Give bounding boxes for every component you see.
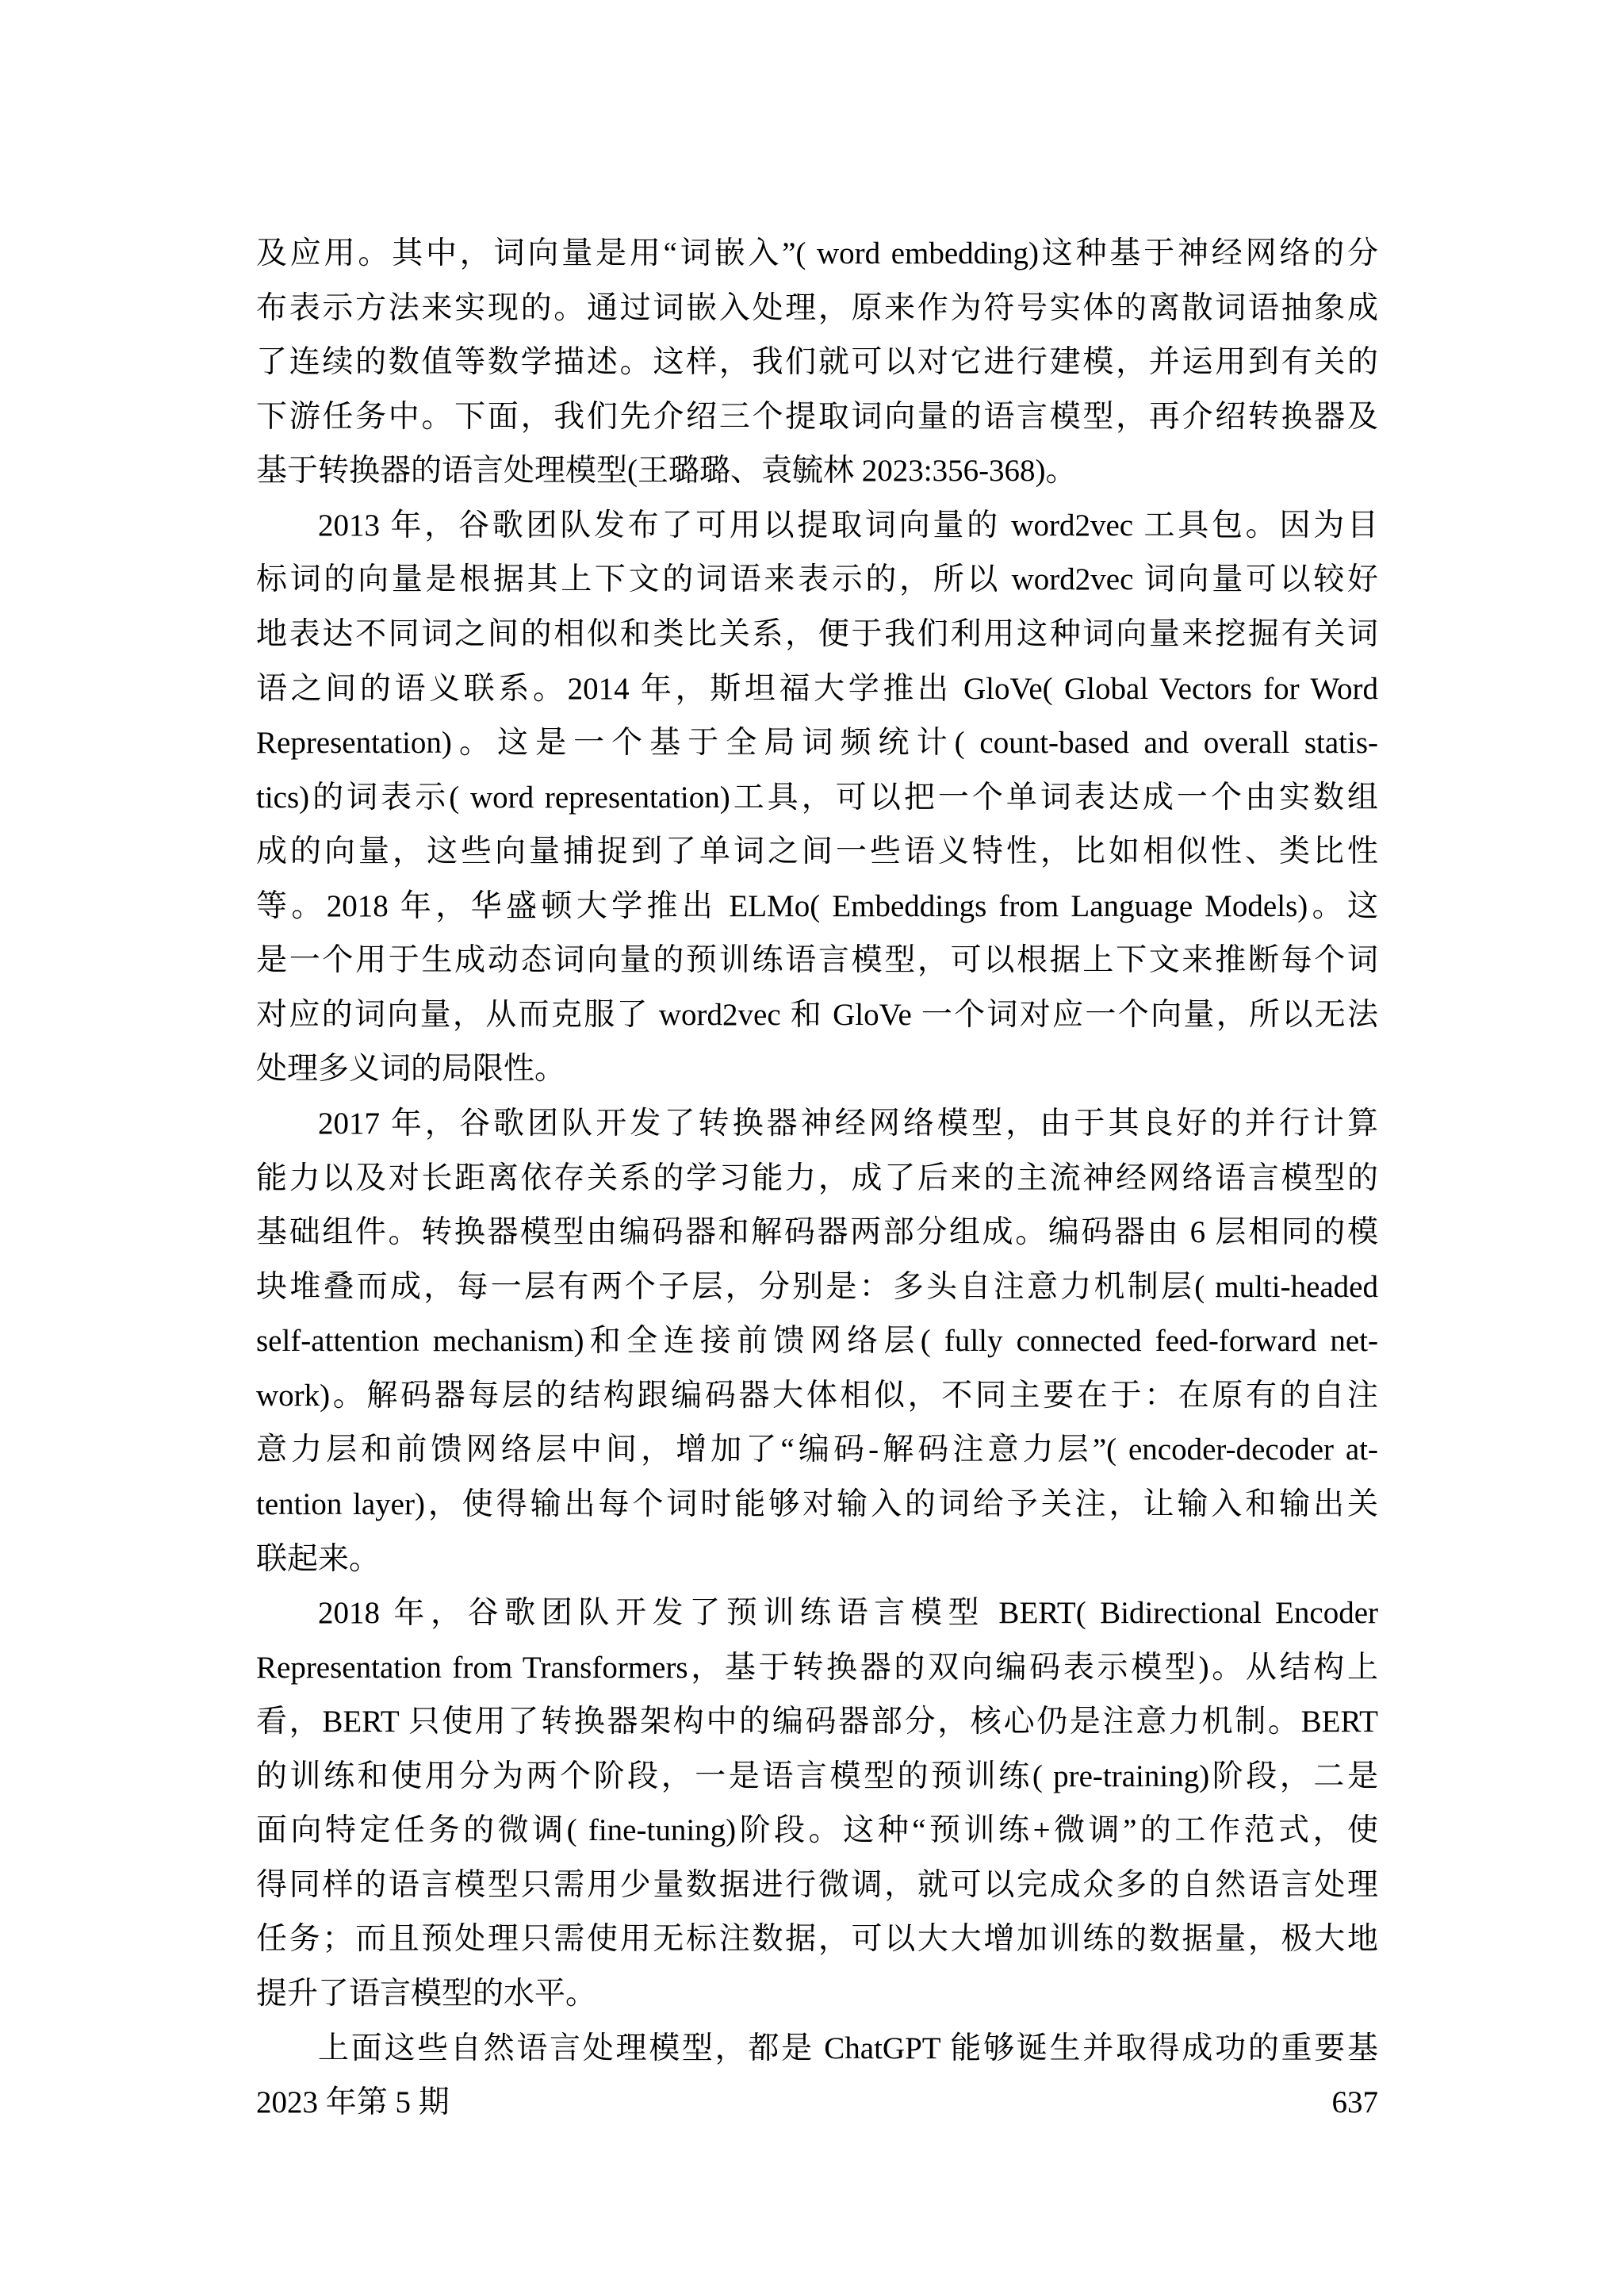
text-line: 语之间的语义联系。2014 年，斯坦福大学推出 GloVe( Global Ve…	[256, 662, 1378, 717]
text-line: 能力以及对长距离依存关系的学习能力，成了后来的主流神经网络语言模型的	[256, 1152, 1378, 1206]
text-line: 成的向量，这些向量捕捉到了单词之间一些语义特性，比如相似性、类比性	[256, 825, 1378, 880]
text-line: 下游任务中。下面，我们先介绍三个提取词向量的语言模型，再介绍转换器及	[256, 390, 1378, 445]
text-line: Representation from Transformers，基于转换器的双…	[256, 1641, 1378, 1696]
text-line: 对应的词向量，从而克服了 word2vec 和 GloVe 一个词对应一个向量，…	[256, 988, 1378, 1043]
page-body: 及应用。其中，词向量是用“词嵌入”( word embedding)这种基于神经…	[256, 227, 1378, 2131]
footer-page-number: 637	[1332, 2076, 1379, 2131]
text-line: 看，BERT 只使用了转换器架构中的编码器部分，核心仍是注意力机制。BERT	[256, 1695, 1378, 1750]
text-line: 基于转换器的语言处理模型(王璐璐、袁毓林 2023:356-368)。	[256, 444, 1378, 499]
text-line: 地表达不同词之间的相似和类比关系，便于我们利用这种词向量来挖掘有关词	[256, 608, 1378, 662]
paragraph-5: 上面这些自然语言处理模型，都是 ChatGPT 能够诞生并取得成功的重要基	[256, 2022, 1378, 2077]
text-line: 面向特定任务的微调( fine-tuning)阶段。这种“预训练+微调”的工作范…	[256, 1804, 1378, 1858]
text-line: Representation)。这是一个基于全局词频统计( count-base…	[256, 716, 1378, 771]
text-line: 块堆叠而成，每一层有两个子层，分别是：多头自注意力机制层( multi-head…	[256, 1260, 1378, 1315]
text-line: 是一个用于生成动态词向量的预训练语言模型，可以根据上下文来推断每个词	[256, 934, 1378, 988]
text-line: 联起来。	[256, 1532, 1378, 1587]
text-line: tics)的词表示( word representation)工具，可以把一个单…	[256, 771, 1378, 826]
text-line: 的训练和使用分为两个阶段，一是语言模型的预训练( pre-training)阶段…	[256, 1750, 1378, 1805]
text-line: 布表示方法来实现的。通过词嵌入处理，原来作为符号实体的离散词语抽象成	[256, 282, 1378, 336]
text-line: 任务；而且预处理只需使用无标注数据，可以大大增加训练的数据量，极大地	[256, 1912, 1378, 1967]
journal-page: 及应用。其中，词向量是用“词嵌入”( word embedding)这种基于神经…	[0, 0, 1624, 2282]
text-line: 2017 年，谷歌团队开发了转换器神经网络模型，由于其良好的并行计算	[256, 1097, 1378, 1152]
text-line: 处理多义词的局限性。	[256, 1042, 1378, 1097]
footer-issue-label: 2023 年第 5 期	[256, 2076, 450, 2131]
text-line: 及应用。其中，词向量是用“词嵌入”( word embedding)这种基于神经…	[256, 227, 1378, 282]
text-line: 意力层和前馈网络层中间，增加了“编码-解码注意力层”( encoder-deco…	[256, 1423, 1378, 1478]
text-line: 了连续的数值等数学描述。这样，我们就可以对它进行建模，并运用到有关的	[256, 336, 1378, 390]
text-line: work)。解码器每层的结构跟编码器大体相似，不同主要在于：在原有的自注	[256, 1369, 1378, 1424]
paragraph-2: 2013 年，谷歌团队发布了可用以提取词向量的 word2vec 工具包。因为目…	[256, 499, 1378, 1097]
paragraph-3: 2017 年，谷歌团队开发了转换器神经网络模型，由于其良好的并行计算 能力以及对…	[256, 1097, 1378, 1586]
text-line: 提升了语言模型的水平。	[256, 1967, 1378, 2022]
text-line: 2018 年，谷歌团队开发了预训练语言模型 BERT( Bidirectiona…	[256, 1586, 1378, 1641]
text-line: 2013 年，谷歌团队发布了可用以提取词向量的 word2vec 工具包。因为目	[256, 499, 1378, 554]
page-footer: 2023 年第 5 期 637	[256, 2076, 1378, 2131]
text-line: self-attention mechanism)和全连接前馈网络层( full…	[256, 1314, 1378, 1369]
text-line: 基础组件。转换器模型由编码器和解码器两部分组成。编码器由 6 层相同的模	[256, 1206, 1378, 1260]
text-line: 得同样的语言模型只需用少量数据进行微调，就可以完成众多的自然语言处理	[256, 1858, 1378, 1913]
paragraph-4: 2018 年，谷歌团队开发了预训练语言模型 BERT( Bidirectiona…	[256, 1586, 1378, 2022]
text-line: tention layer)，使得输出每个词时能够对输入的词给予关注，让输入和输…	[256, 1478, 1378, 1532]
text-line: 上面这些自然语言处理模型，都是 ChatGPT 能够诞生并取得成功的重要基	[256, 2022, 1378, 2077]
paragraph-1: 及应用。其中，词向量是用“词嵌入”( word embedding)这种基于神经…	[256, 227, 1378, 499]
text-line: 等。2018 年，华盛顿大学推出 ELMo( Embeddings from L…	[256, 880, 1378, 934]
text-line: 标词的向量是根据其上下文的词语来表示的，所以 word2vec 词向量可以较好	[256, 553, 1378, 608]
